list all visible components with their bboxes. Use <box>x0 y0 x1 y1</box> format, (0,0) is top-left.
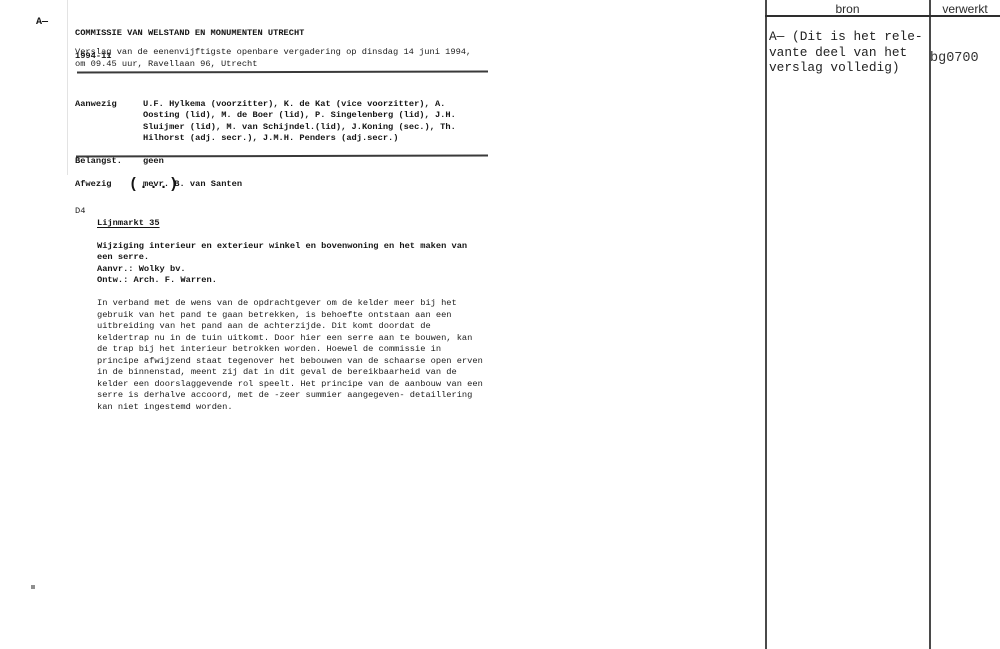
bron-annotation-note: A— (Dit is het rele- vante deel van het … <box>769 29 927 76</box>
agenda-item-code: D4 <box>75 206 85 218</box>
agenda-item-body: In verband met de wens van de opdrachtge… <box>97 298 492 413</box>
agenda-item-description: Wijziging interieur en exterieur winkel … <box>97 241 492 287</box>
table-column-divider <box>929 0 931 649</box>
agenda-item-title: Lijnmarkt 35 <box>97 218 492 230</box>
column-header-verwerkt: verwerkt <box>930 2 1000 16</box>
table-border-left <box>765 0 767 649</box>
agenda-item: Lijnmarkt 35 Wijziging interieur en exte… <box>97 206 492 425</box>
attendance-label: Aanwezig <box>75 99 143 145</box>
attendance-row: Belangst. geen <box>75 156 495 168</box>
scanned-document-page: A— COMMISSIE VAN WELSTAND EN MONUMENTEN … <box>0 0 1000 649</box>
attendance-label: Belangst. <box>75 156 143 168</box>
attendance-row: Aanwezig U.F. Hylkema (voorzitter), K. d… <box>75 99 495 145</box>
attendance-value: geen <box>143 156 495 168</box>
column-header-bron: bron <box>766 2 929 16</box>
scan-speck <box>31 585 35 589</box>
omitted-content-ellipsis: (...) <box>129 176 179 194</box>
paper-fold-line <box>67 0 68 175</box>
attendance-value: U.F. Hylkema (voorzitter), K. de Kat (vi… <box>143 99 495 145</box>
section-marker: A— <box>36 17 48 29</box>
verwerkt-code: bg0700 <box>930 53 979 65</box>
document-title: COMMISSIE VAN WELSTAND EN MONUMENTEN UTR… <box>75 28 304 40</box>
meeting-intro: Verslag van de eenenvijftigste openbare … <box>75 47 471 70</box>
attendance-value: mevr. B. van Santen <box>143 179 495 191</box>
